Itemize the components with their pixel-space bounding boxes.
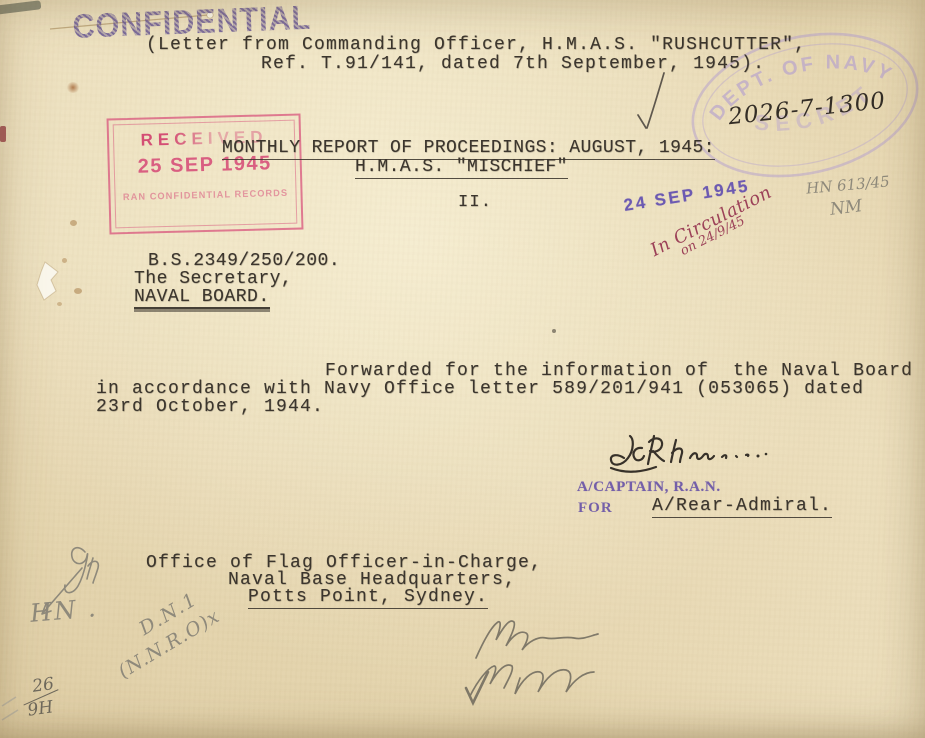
corner-ink-mark — [0, 0, 41, 15]
report-title-line2: H.M.A.S. "MISCHIEF" — [355, 158, 568, 177]
date-fraction-numerator: 26 — [31, 673, 60, 696]
pencil-initials-nm: NM — [829, 196, 863, 220]
signature-rank-stamp: A/CAPTAIN, R.A.N. — [577, 479, 721, 496]
pencil-signature-scrawls — [448, 600, 648, 718]
rust-speck — [74, 288, 82, 294]
ink-speck — [552, 329, 556, 333]
report-title-line1: MONTHLY REPORT OF PROCEEDINGS: AUGUST, 1… — [222, 139, 715, 158]
section-numeral: II. — [458, 194, 492, 212]
signature-for-stamp: FOR — [578, 500, 613, 517]
faint-corner-marks — [0, 694, 22, 728]
header-reference-line1: (Letter from Commanding Officer, H.M.A.S… — [146, 36, 806, 55]
signature-scrawl — [598, 430, 776, 478]
rust-speck — [70, 220, 77, 226]
red-edge-mark — [0, 126, 6, 142]
header-reference-line2: Ref. T.91/141, dated 7th September, 1945… — [261, 55, 765, 74]
margin-note-hn: HN . — [29, 593, 99, 628]
document-page: CONFIDENTIAL (Letter from Commanding Off… — [0, 0, 925, 738]
body-line3: 23rd October, 1944. — [96, 398, 324, 417]
check-tick-mark — [630, 68, 674, 140]
received-stamp-records-line: RAN CONFIDENTIAL RECORDS — [113, 188, 298, 204]
addressee-naval-board: NAVAL BOARD. — [134, 288, 270, 307]
margin-date-fraction: 26 9H — [17, 673, 63, 721]
received-stamp: RECEIVED 25 SEP 1945 RAN CONFIDENTIAL RE… — [107, 113, 304, 234]
torn-patch — [35, 260, 65, 304]
brown-stain — [66, 82, 80, 93]
signature-title: A/Rear-Admiral. — [652, 497, 832, 516]
